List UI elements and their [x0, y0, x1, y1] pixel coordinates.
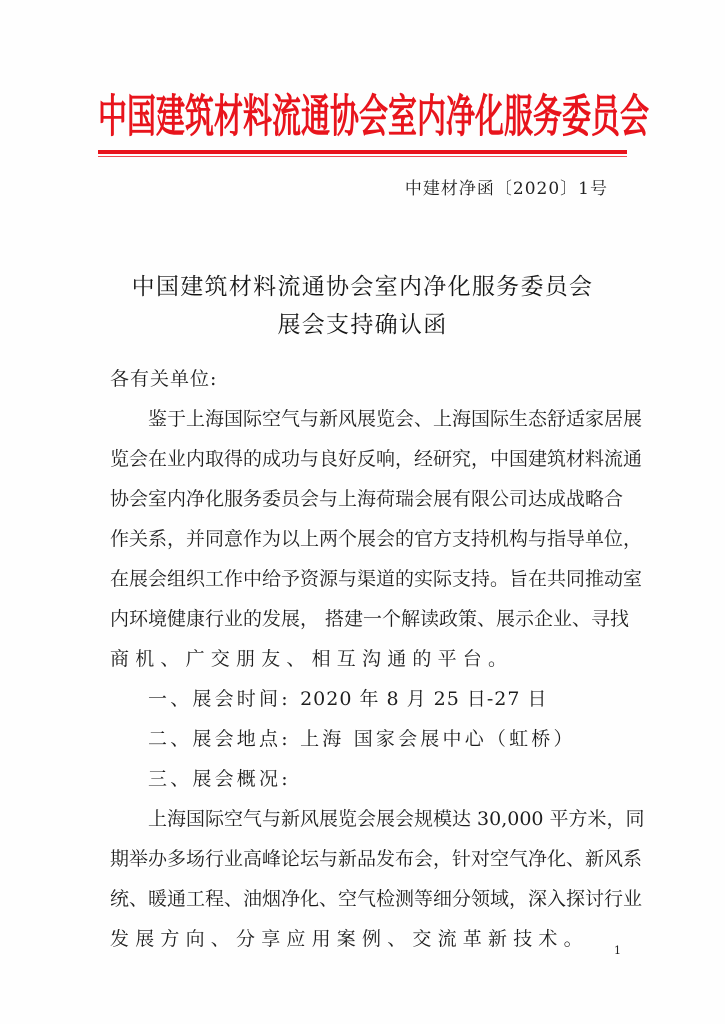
item-value: 2020 年 8 月 25 日-27 日: [300, 688, 547, 710]
document-title-line2: 展会支持确认函: [0, 308, 725, 342]
item-exhibition-overview: 三、展会概况:: [148, 766, 660, 792]
paragraph1-line: 内环境健康行业的发展， 搭建一个解读政策、展示企业、寻找: [110, 606, 622, 632]
paragraph1-line: 作关系，并同意作为以上两个展会的官方支持机构与指导单位，: [110, 526, 622, 552]
letterhead-rule-thick: [98, 150, 627, 154]
paragraph2-line: 统、暖通工程、油烟净化、空气检测等细分领域，深入探讨行业: [110, 886, 622, 912]
document-title-line1: 中国建筑材料流通协会室内净化服务委员会: [0, 270, 725, 304]
letterhead-organization-name: 中国建筑材料流通协会室内净化服务委员会: [98, 73, 628, 160]
item-label: 三、展会概况:: [148, 768, 291, 790]
paragraph1-line: 商机、广交朋友、相互沟通的平台。: [110, 646, 622, 672]
salutation: 各有关单位:: [110, 366, 622, 392]
item-value: 上海 国家会展中心（虹桥）: [300, 728, 576, 750]
paragraph1-line: 鉴于上海国际空气与新风展览会、上海国际生态舒适家居展: [148, 406, 622, 432]
item-label: 二、展会地点:: [148, 728, 291, 750]
item-exhibition-venue: 二、展会地点: 上海 国家会展中心（虹桥）: [148, 726, 660, 752]
document-number: 中建材净函〔2020〕1号: [405, 176, 608, 202]
paragraph1-line: 览会在业内取得的成功与良好反响，经研究，中国建筑材料流通: [110, 446, 622, 472]
item-label: 一、展会时间:: [148, 688, 291, 710]
document-page: 中国建筑材料流通协会室内净化服务委员会 中建材净函〔2020〕1号 中国建筑材料…: [0, 0, 725, 1024]
paragraph2-line: 发展方向、分享应用案例、交流革新技术。: [110, 926, 622, 952]
page-number: 1: [614, 944, 621, 958]
item-exhibition-time: 一、展会时间: 2020 年 8 月 25 日-27 日: [148, 686, 660, 712]
paragraph2-line: 上海国际空气与新风展览会展会规模达 30,000 平方米，同: [148, 806, 622, 832]
paragraph2-line: 期举办多场行业高峰论坛与新品发布会，针对空气净化、新风系: [110, 846, 622, 872]
letterhead-rule-thin: [98, 156, 627, 157]
paragraph1-line: 在展会组织工作中给予资源与渠道的实际支持。旨在共同推动室: [110, 566, 622, 592]
paragraph1-line: 协会室内净化服务委员会与上海荷瑞会展有限公司达成战略合: [110, 486, 622, 512]
